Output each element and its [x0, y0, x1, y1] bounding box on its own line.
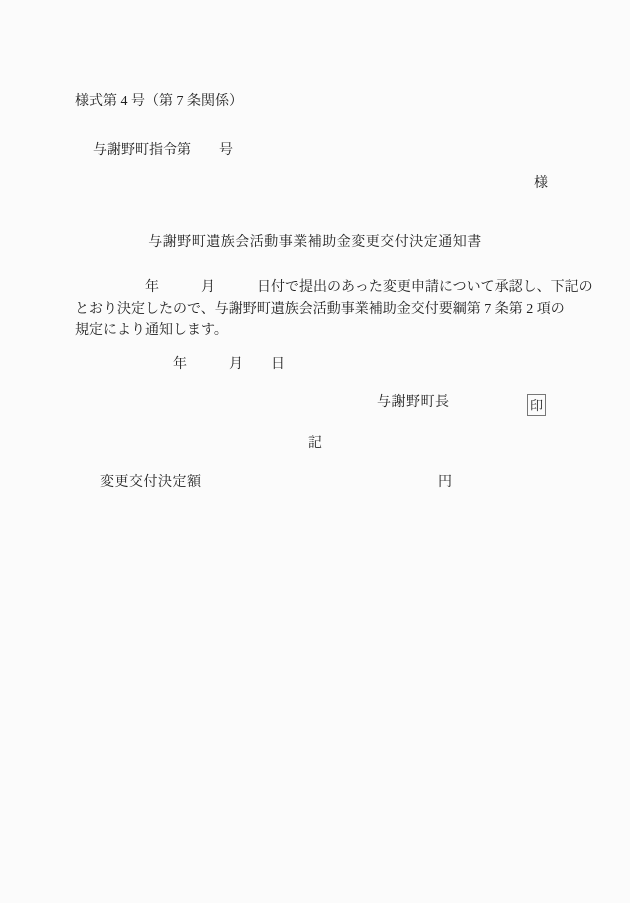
mayor-title: 与謝野町長	[377, 393, 450, 413]
amount-label: 変更交付決定額	[100, 473, 202, 493]
body-paragraph: 年 月 日付で提出のあった変更申請について承認し、下記の とおり決定したので、与…	[75, 277, 559, 342]
addressee-honorific: 様	[0, 174, 548, 194]
amount-unit-yen: 円	[438, 473, 452, 493]
body-line-1: 年 月 日付で提出のあった変更申請について承認し、下記の	[75, 277, 559, 299]
directive-number-line: 与謝野町指令第 号	[93, 141, 233, 161]
body-line-2: とおり決定したので、与謝野町遺族会活動事業補助金交付要綱第 7 条第 2 項の	[75, 299, 559, 321]
form-number: 様式第 4 号（第 7 条関係）	[75, 92, 243, 112]
section-marker-ki: 記	[0, 434, 630, 454]
seal-stamp-box: 印	[527, 394, 546, 416]
document-title: 与謝野町遺族会活動事業補助金変更交付決定通知書	[0, 233, 630, 253]
seal-stamp-label: 印	[530, 399, 543, 412]
body-line-3: 規定により通知します。	[75, 320, 559, 342]
issue-date-line: 年 月 日	[75, 355, 285, 375]
notice-document-page: 様式第 4 号（第 7 条関係） 与謝野町指令第 号 様 与謝野町遺族会活動事業…	[0, 0, 630, 903]
